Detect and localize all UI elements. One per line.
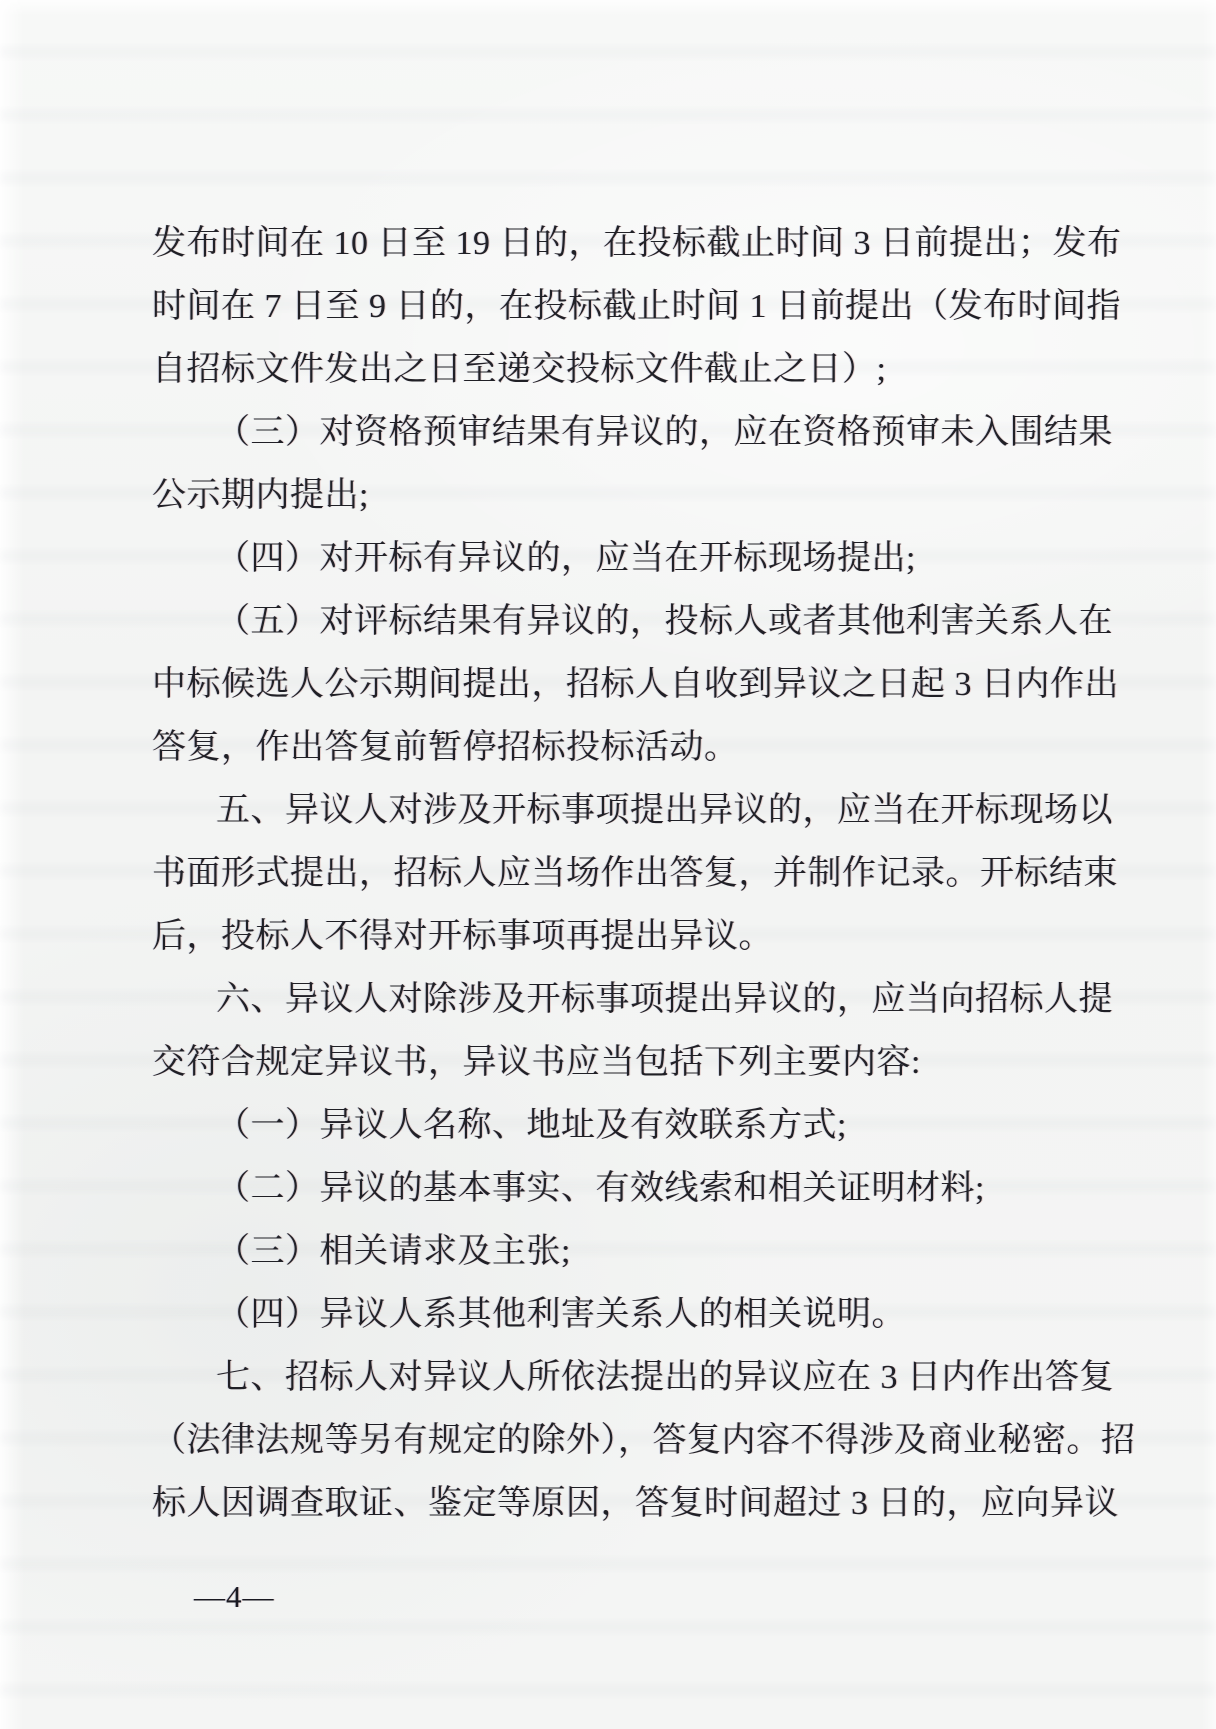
document-text-line: 标人因调查取证、鉴定等原因，答复时间超过 3 日的，应向异议 <box>152 1472 1092 1535</box>
document-text-line: 公示期内提出; <box>152 464 1092 527</box>
document-text-line: 六、异议人对除涉及开标事项提出异议的，应当向招标人提 <box>152 968 1092 1031</box>
document-text-line: 后，投标人不得对开标事项再提出异议。 <box>152 905 1092 968</box>
document-text-line: 答复，作出答复前暂停招标投标活动。 <box>152 716 1092 779</box>
document-text-line: （四）异议人系其他利害关系人的相关说明。 <box>152 1283 1092 1346</box>
document-text-line: （二）异议的基本事实、有效线索和相关证明材料; <box>152 1157 1092 1220</box>
page-number: —4— <box>194 1576 275 1618</box>
document-text-line: （五）对评标结果有异议的，投标人或者其他利害关系人在 <box>152 590 1092 653</box>
document-text-line: 中标候选人公示期间提出，招标人自收到异议之日起 3 日内作出 <box>152 653 1092 716</box>
document-text-line: 五、异议人对涉及开标事项提出异议的，应当在开标现场以 <box>152 779 1092 842</box>
document-body: 发布时间在 10 日至 19 日的，在投标截止时间 3 日前提出；发布 时间在 … <box>152 212 1092 1535</box>
document-text-line: （一）异议人名称、地址及有效联系方式; <box>152 1094 1092 1157</box>
document-text-line: 书面形式提出，招标人应当场作出答复，并制作记录。开标结束 <box>152 842 1092 905</box>
document-text-line: 七、招标人对异议人所依法提出的异议应在 3 日内作出答复 <box>152 1346 1092 1409</box>
document-text-line: 自招标文件发出之日至递交投标文件截止之日）; <box>152 338 1092 401</box>
document-text-line: （三）相关请求及主张; <box>152 1220 1092 1283</box>
document-text-line: （四）对开标有异议的，应当在开标现场提出; <box>152 527 1092 590</box>
scanned-document-page: 发布时间在 10 日至 19 日的，在投标截止时间 3 日前提出；发布 时间在 … <box>0 0 1216 1729</box>
document-text-line: 发布时间在 10 日至 19 日的，在投标截止时间 3 日前提出；发布 <box>152 212 1092 275</box>
document-text-line: 时间在 7 日至 9 日的，在投标截止时间 1 日前提出（发布时间指 <box>152 275 1092 338</box>
document-text-line: （三）对资格预审结果有异议的，应在资格预审未入围结果 <box>152 401 1092 464</box>
document-text-line: （法律法规等另有规定的除外），答复内容不得涉及商业秘密。招 <box>152 1409 1092 1472</box>
document-text-line: 交符合规定异议书，异议书应当包括下列主要内容: <box>152 1031 1092 1094</box>
